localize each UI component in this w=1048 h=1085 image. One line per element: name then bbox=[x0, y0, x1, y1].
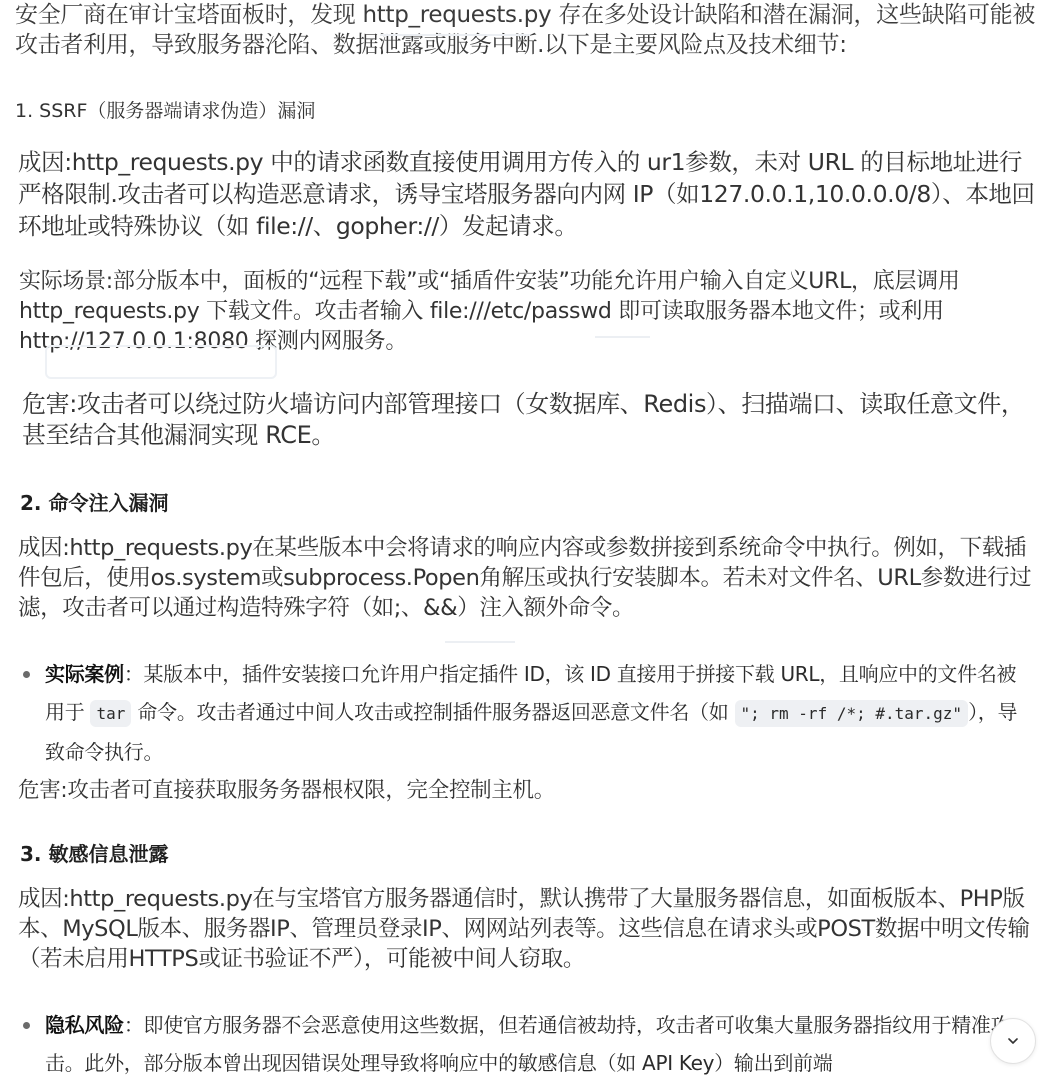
section-2-title: 2. 命令注入漏洞 bbox=[20, 489, 1048, 517]
list-item: 隐私风险：即使官方服务器不会恶意使用这些数据，但若通信被劫持，攻击者可收集大量服… bbox=[18, 1006, 1028, 1082]
bullet-dot-icon bbox=[23, 1022, 30, 1029]
faint-overlay-line bbox=[380, 34, 530, 36]
scroll-to-bottom-button[interactable] bbox=[990, 1018, 1036, 1064]
section-2-harm: 危害:攻击者可直接获取服务务器根权限，完全控制主机。 bbox=[18, 776, 1018, 806]
bullet-text: 命令。攻击者通过中间人攻击或控制插件服务器返回恶意文件名（如 bbox=[131, 700, 734, 724]
bullet-label: 隐私风险 bbox=[45, 1013, 124, 1037]
section-2-bullet-list: 实际案例：某版本中，插件安装接口允许用户指定插件 ID，该 ID 直接用于拼接下… bbox=[18, 655, 1028, 771]
document-page: 安全厂商在审计宝塔面板时，发现 http_requests.py 存在多处设计缺… bbox=[0, 0, 1048, 1085]
inline-code: tar bbox=[90, 700, 131, 727]
bullet-label: 实际案例 bbox=[45, 662, 124, 686]
bullet-dot-icon bbox=[23, 671, 30, 678]
intro-paragraph: 安全厂商在审计宝塔面板时，发现 http_requests.py 存在多处设计缺… bbox=[15, 0, 1040, 60]
list-item: 实际案例：某版本中，插件安装接口允许用户指定插件 ID，该 ID 直接用于拼接下… bbox=[18, 655, 1028, 771]
faint-overlay-box bbox=[45, 345, 277, 379]
section-2-cause: 成因:http_requests.py在某些版本中会将请求的响应内容或参数拼接到… bbox=[18, 533, 1043, 623]
faint-overlay-line bbox=[445, 641, 515, 643]
inline-code: "; rm -rf /*; #.tar.gz" bbox=[735, 700, 969, 727]
section-3-title: 3. 敏感信息泄露 bbox=[20, 840, 1048, 868]
section-1-cause: 成因:http_requests.py 中的请求函数直接使用调用方传入的 ur1… bbox=[18, 146, 1043, 242]
section-1-scenario: 实际场景:部分版本中，面板的“远程下载”或“插盾件安装”功能允许用户输入自定义U… bbox=[19, 267, 1009, 357]
section-3-cause: 成因:http_requests.py在与宝塔官方服务器通信时，默认携带了大量服… bbox=[18, 884, 1043, 974]
faint-overlay-line bbox=[595, 336, 650, 338]
section-1-harm: 危害:攻击者可以绕过防火墙访问内部管理接口（女数据库、Redis）、扫描端口、读… bbox=[22, 389, 1042, 451]
section-1-title: 1. SSRF（服务器端请求伪造）漏洞 bbox=[15, 97, 1048, 125]
bullet-text: ：即使官方服务器不会恶意使用这些数据，但若通信被劫持，攻击者可收集大量服务器指纹… bbox=[45, 1013, 1010, 1075]
section-3-bullet-list: 隐私风险：即使官方服务器不会恶意使用这些数据，但若通信被劫持，攻击者可收集大量服… bbox=[18, 1006, 1028, 1082]
chevron-down-icon bbox=[1005, 1033, 1021, 1049]
